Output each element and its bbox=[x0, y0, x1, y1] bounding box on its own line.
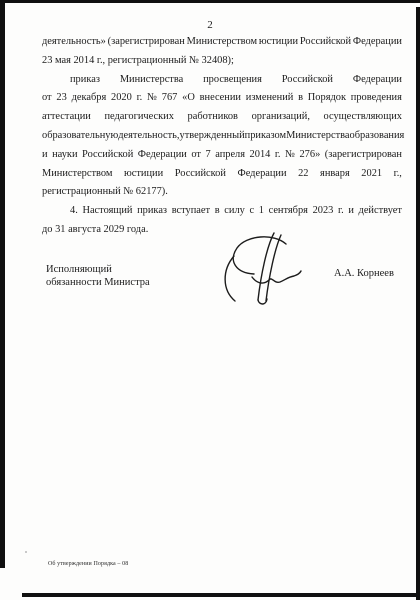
signer-title-line2: обязанности Министра bbox=[46, 276, 150, 289]
signer-name: А.А. Корнеев bbox=[334, 268, 394, 279]
footer-note: Об утверждении Порядка – 08 bbox=[48, 561, 128, 567]
scan-speck bbox=[25, 551, 27, 553]
scan-edge-bottom bbox=[22, 593, 420, 597]
body-line: инаукиРоссийскойФедерацииот7апреля2014г.… bbox=[42, 146, 402, 165]
page-number: 2 bbox=[0, 19, 420, 31]
scan-edge-top bbox=[0, 0, 420, 3]
scan-edge-right bbox=[416, 7, 420, 600]
body-line: 4.Настоящийприказвступаетвсилус1сентября… bbox=[42, 202, 402, 221]
body-line: от23декабря2020г.№767«Овнесенииизменений… bbox=[42, 89, 402, 108]
scanned-document-page: { "page": { "number": "2", "footer_note"… bbox=[0, 0, 420, 600]
signer-title-line1: Исполняющий bbox=[46, 263, 150, 276]
body-line: приказМинистерствапросвещенияРоссийскойФ… bbox=[42, 71, 402, 90]
body-line: МинистерствомюстицииРоссийскойФедерации2… bbox=[42, 165, 402, 184]
scan-edge-left bbox=[0, 0, 5, 568]
document-body: деятельность»(зарегистрированМинистерств… bbox=[42, 33, 402, 240]
body-line: образовательнуюдеятельность,утвержденный… bbox=[42, 127, 402, 146]
body-line: 23 мая 2014 г., регистрационный № 32408)… bbox=[42, 52, 402, 71]
body-line: деятельность»(зарегистрированМинистерств… bbox=[42, 33, 402, 52]
handwritten-signature bbox=[208, 230, 304, 306]
body-line: аттестациипедагогическихработниковоргани… bbox=[42, 108, 402, 127]
signer-title: Исполняющий обязанности Министра bbox=[46, 263, 150, 289]
body-line: регистрационный № 62177). bbox=[42, 183, 402, 202]
